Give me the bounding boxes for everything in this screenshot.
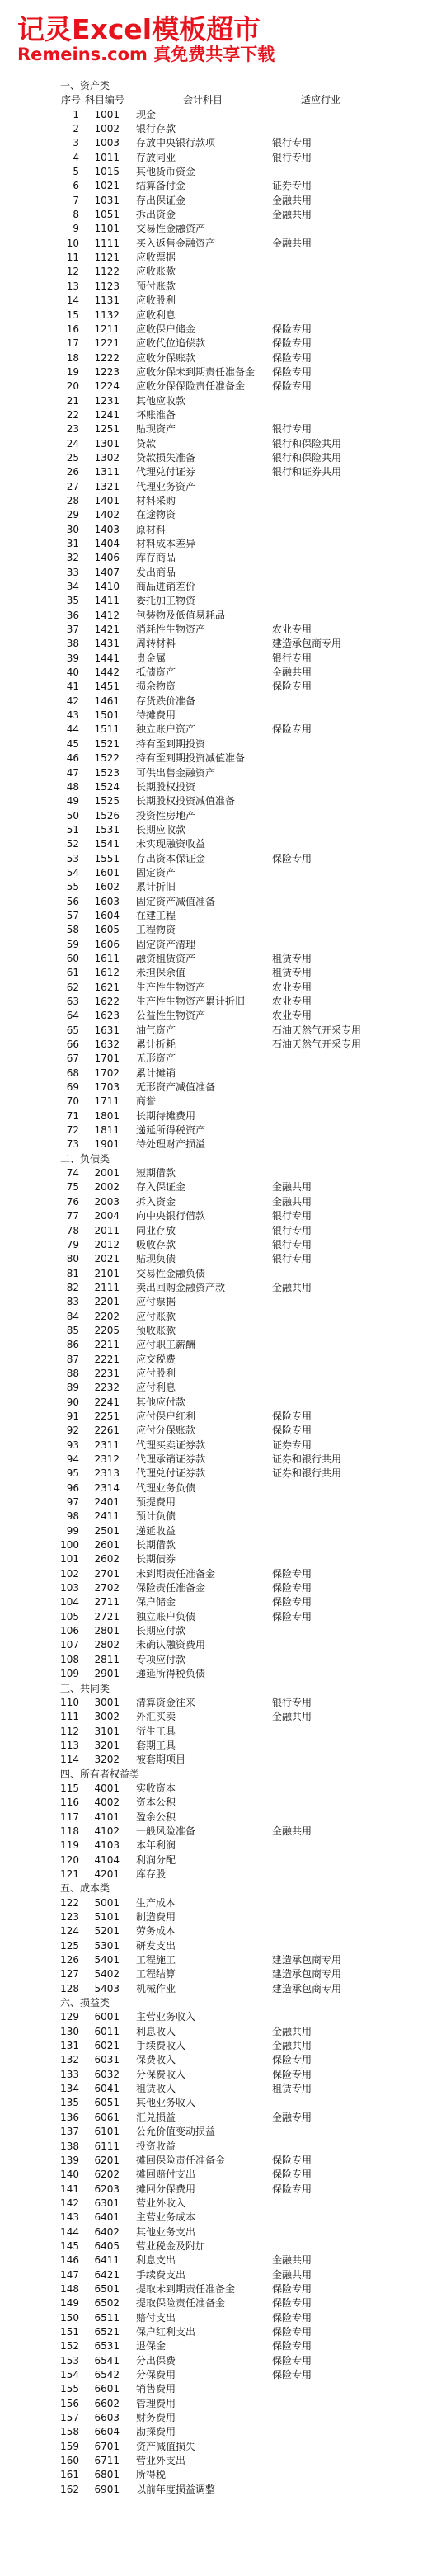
account-name: 材料成本差异	[136, 537, 195, 551]
table-row: 191223应收分保未到期责任准备金保险专用	[0, 365, 446, 379]
industry: 保险专用	[272, 365, 312, 379]
account-code: 2021	[79, 1252, 120, 1266]
table-row: 1285403机械作业建造承包商专用	[0, 1982, 446, 1996]
column-header: 会计科目	[183, 93, 223, 107]
account-code: 1606	[79, 938, 120, 952]
row-index: 45	[0, 737, 79, 751]
account-name: 应收票据	[136, 251, 176, 265]
row-index: 56	[0, 895, 79, 909]
row-index: 78	[0, 1224, 79, 1238]
account-code: 1406	[79, 551, 120, 565]
row-index: 71	[0, 1109, 79, 1123]
row-index: 20	[0, 379, 79, 393]
row-index: 114	[0, 1753, 79, 1767]
table-row: 1133201套期工具	[0, 1739, 446, 1753]
account-name: 分出保费	[136, 2354, 176, 2368]
row-index: 22	[0, 408, 79, 422]
row-index: 67	[0, 1052, 79, 1066]
account-code: 1811	[79, 1123, 120, 1137]
account-code: 6202	[79, 2168, 120, 2182]
account-name: 本年利润	[136, 1839, 176, 1853]
account-code: 1222	[79, 351, 120, 365]
account-name: 长期股权投资减值准备	[136, 794, 235, 808]
account-code: 2012	[79, 1238, 120, 1252]
account-code: 1131	[79, 294, 120, 308]
account-name: 长期待摊费用	[136, 1109, 195, 1123]
row-index: 26	[0, 465, 79, 479]
industry: 保险专用	[272, 1410, 312, 1424]
row-index: 8	[0, 208, 79, 222]
account-code: 2711	[79, 1595, 120, 1609]
industry: 金融共用	[272, 1825, 312, 1839]
section-title: 二、负债类	[0, 1152, 446, 1166]
account-name: 公益性生物资产	[136, 1009, 205, 1023]
account-code: 1621	[79, 981, 120, 995]
table-row: 571604在建工程	[0, 909, 446, 923]
account-code: 6711	[79, 2454, 120, 2468]
account-name: 在建工程	[136, 909, 176, 923]
account-table: 一、资产类序号科目编号会计科目适应行业11001现金21002银行存款31003…	[0, 79, 446, 2497]
account-name: 保险责任准备金	[136, 1581, 205, 1595]
table-row: 1426301营业外收入	[0, 2197, 446, 2211]
account-code: 2202	[79, 1310, 120, 1324]
industry: 建造承包商专用	[272, 637, 341, 651]
account-name: 固定资产清理	[136, 938, 195, 952]
account-code: 6001	[79, 2010, 120, 2024]
row-index: 131	[0, 2039, 79, 2053]
account-code: 6541	[79, 2354, 120, 2368]
account-name: 结算备付金	[136, 179, 185, 193]
table-row: 271321代理业务资产	[0, 480, 446, 494]
account-name: 待处理财产损溢	[136, 1137, 205, 1151]
row-index: 59	[0, 938, 79, 952]
row-index: 80	[0, 1252, 79, 1266]
table-row: 882231应付股利	[0, 1367, 446, 1381]
industry: 银行专用	[272, 1696, 312, 1710]
account-name: 油气资产	[136, 1024, 176, 1038]
table-row: 641623公益性生物资产农业专用	[0, 1009, 446, 1023]
industry: 银行专用	[272, 1224, 312, 1238]
account-name: 代理买卖证券款	[136, 1439, 205, 1453]
account-code: 2201	[79, 1295, 120, 1309]
row-index: 33	[0, 566, 79, 580]
industry: 金融共用	[272, 1195, 312, 1209]
account-name: 盈余公积	[136, 1811, 176, 1825]
account-name: 销售费用	[136, 2382, 176, 2396]
row-index: 162	[0, 2483, 79, 2497]
row-index: 23	[0, 422, 79, 436]
account-code: 4002	[79, 1796, 120, 1810]
account-code: 2802	[79, 1638, 120, 1652]
row-index: 86	[0, 1338, 79, 1352]
row-index: 70	[0, 1095, 79, 1109]
account-name: 未担保余值	[136, 966, 185, 980]
account-name: 贷款损失准备	[136, 451, 195, 465]
industry: 金融共用	[272, 2268, 312, 2282]
industry: 建造承包商专用	[272, 1982, 341, 1996]
account-code: 1611	[79, 952, 120, 966]
account-name: 预计负债	[136, 1509, 176, 1523]
account-code: 2211	[79, 1338, 120, 1352]
row-index: 133	[0, 2068, 79, 2082]
account-code: 1121	[79, 251, 120, 265]
row-index: 121	[0, 1867, 79, 1881]
account-code: 1015	[79, 165, 120, 179]
row-index: 54	[0, 866, 79, 880]
row-index: 152	[0, 2339, 79, 2353]
site-logo: 记灵Excel模板超市	[17, 15, 275, 45]
account-name: 存出保证金	[136, 194, 185, 208]
account-name: 管理费用	[136, 2397, 176, 2411]
account-code: 1403	[79, 523, 120, 537]
account-name: 应收代位追偿款	[136, 337, 205, 351]
account-name: 公允价值变动损益	[136, 2125, 215, 2139]
industry: 保险专用	[272, 2325, 312, 2339]
table-row: 1476421手续费支出金融共用	[0, 2268, 446, 2282]
account-name: 贴现资产	[136, 422, 176, 436]
account-name: 研发支出	[136, 1939, 176, 1953]
table-row: 141131应收股利	[0, 294, 446, 308]
industry: 农业专用	[272, 995, 312, 1009]
account-name: 清算资金往来	[136, 1696, 195, 1710]
account-name: 利润分配	[136, 1853, 176, 1867]
table-row: 1012602长期债券	[0, 1552, 446, 1566]
table-row: 51015其他货币资金	[0, 165, 446, 179]
row-index: 97	[0, 1495, 79, 1509]
industry: 银行和证券共用	[272, 465, 341, 479]
row-index: 135	[0, 2096, 79, 2110]
account-code: 1251	[79, 422, 120, 436]
table-row: 151132应收利息	[0, 308, 446, 323]
row-index: 104	[0, 1595, 79, 1609]
account-code: 2811	[79, 1653, 120, 1667]
row-index: 103	[0, 1581, 79, 1595]
account-code: 1411	[79, 594, 120, 608]
account-name: 勘探费用	[136, 2425, 176, 2439]
industry: 保险专用	[272, 2339, 312, 2353]
row-index: 144	[0, 2225, 79, 2239]
account-name: 向中央银行借款	[136, 1209, 205, 1223]
industry: 建造承包商专用	[272, 1967, 341, 1981]
table-row: 1416203摊回分保费用保险专用	[0, 2183, 446, 2197]
industry: 农业专用	[272, 1009, 312, 1023]
industry: 石油天然气开采专用	[272, 1024, 361, 1038]
row-index: 17	[0, 337, 79, 351]
account-code: 4001	[79, 1782, 120, 1796]
account-code: 6531	[79, 2339, 120, 2353]
table-row: 1174101盈余公积	[0, 1811, 446, 1825]
row-index: 145	[0, 2239, 79, 2253]
industry: 保险专用	[272, 2168, 312, 2182]
account-code: 2801	[79, 1624, 120, 1638]
account-name: 存出资本保证金	[136, 852, 205, 866]
account-code: 2231	[79, 1367, 120, 1381]
account-name: 应收分保未到期责任准备金	[136, 365, 255, 379]
account-code: 1002	[79, 122, 120, 136]
account-code: 4102	[79, 1825, 120, 1839]
table-row: 942312代理承销证券款证券和银行共用	[0, 1453, 446, 1467]
account-name: 应付票据	[136, 1295, 176, 1309]
row-index: 117	[0, 1811, 79, 1825]
table-row: 1576603财务费用	[0, 2411, 446, 2425]
account-name: 代理业务负债	[136, 1481, 195, 1495]
account-name: 摊回保险责任准备金	[136, 2154, 225, 2168]
account-code: 2241	[79, 1396, 120, 1410]
row-index: 156	[0, 2397, 79, 2411]
account-code: 1122	[79, 265, 120, 279]
account-name: 交易性金融资产	[136, 222, 205, 236]
row-index: 13	[0, 280, 79, 294]
industry: 保险专用	[272, 379, 312, 393]
account-name: 贷款	[136, 437, 156, 451]
account-name: 应收利息	[136, 308, 176, 323]
account-name: 递延所得税负债	[136, 1667, 205, 1681]
table-row: 1566602管理费用	[0, 2397, 446, 2411]
table-row: 91101交易性金融资产	[0, 222, 446, 236]
account-code: 2901	[79, 1667, 120, 1681]
industry: 保险专用	[272, 680, 312, 694]
row-index: 150	[0, 2311, 79, 2325]
row-index: 29	[0, 508, 79, 522]
account-name: 制造费用	[136, 1910, 176, 1924]
account-name: 劳务成本	[136, 1924, 176, 1938]
table-row: 481524长期股权投资	[0, 780, 446, 794]
table-row: 872221应交税费	[0, 1353, 446, 1367]
industry: 金融共用	[272, 237, 312, 251]
table-row: 211231其他应收款	[0, 394, 446, 408]
table-row: 1386111投资收益	[0, 2140, 446, 2154]
table-row: 681702累计摊销	[0, 1067, 446, 1081]
account-name: 应付股利	[136, 1367, 176, 1381]
account-code: 1003	[79, 136, 120, 150]
section-title: 六、损益类	[0, 1996, 446, 2010]
account-name: 营业外收入	[136, 2197, 185, 2211]
row-index: 14	[0, 294, 79, 308]
account-code: 1523	[79, 766, 120, 780]
account-code: 3002	[79, 1710, 120, 1724]
table-row: 521541未实现融资收益	[0, 837, 446, 851]
table-row: 671701无形资产	[0, 1052, 446, 1066]
table-row: 351411委托加工物资	[0, 594, 446, 608]
account-name: 其他货币资金	[136, 165, 195, 179]
row-index: 118	[0, 1825, 79, 1839]
table-row: 842202应付账款	[0, 1310, 446, 1324]
table-row: 71031存出保证金金融共用	[0, 194, 446, 208]
table-row: 812101交易性金融负债	[0, 1267, 446, 1281]
account-name: 工程施工	[136, 1953, 176, 1967]
table-row: 1526531退保金保险专用	[0, 2339, 446, 2353]
account-code: 6041	[79, 2082, 120, 2096]
row-index: 147	[0, 2268, 79, 2282]
table-row: 952313代理兑付证券款证券和银行共用	[0, 1467, 446, 1481]
account-code: 4201	[79, 1867, 120, 1881]
row-index: 154	[0, 2368, 79, 2382]
account-name: 坏账准备	[136, 408, 176, 422]
account-code: 1461	[79, 695, 120, 709]
account-code: 1051	[79, 208, 120, 222]
row-index: 7	[0, 194, 79, 208]
table-row: 1275402工程结算建造承包商专用	[0, 1967, 446, 1981]
account-name: 预付账款	[136, 280, 176, 294]
account-name: 持有至到期投资	[136, 737, 205, 751]
account-code: 1402	[79, 508, 120, 522]
section-title: 一、资产类	[0, 79, 446, 93]
account-name: 应收分保账款	[136, 351, 195, 365]
table-row: 1062801长期应付款	[0, 1624, 446, 1638]
table-row: 1306011利息收入金融共用	[0, 2025, 446, 2039]
table-row: 1626901以前年度损益调整	[0, 2483, 446, 2497]
industry: 银行专用	[272, 151, 312, 165]
row-index: 159	[0, 2440, 79, 2454]
account-code: 2313	[79, 1467, 120, 1481]
account-code: 3101	[79, 1725, 120, 1739]
table-row: 1436401主营业务成本	[0, 2211, 446, 2225]
row-index: 155	[0, 2382, 79, 2396]
table-row: 11001现金	[0, 108, 446, 122]
industry: 保险专用	[272, 1610, 312, 1624]
account-name: 长期债券	[136, 1552, 176, 1566]
row-index: 127	[0, 1967, 79, 1981]
row-index: 132	[0, 2053, 79, 2067]
table-row: 631622生产性生物资产累计折旧农业专用	[0, 995, 446, 1009]
row-index: 99	[0, 1524, 79, 1538]
table-row: 1154001实收资本	[0, 1782, 446, 1796]
account-code: 1605	[79, 923, 120, 937]
account-code: 1241	[79, 408, 120, 422]
row-index: 19	[0, 365, 79, 379]
account-name: 代理兑付证券	[136, 465, 195, 479]
industry: 银行专用	[272, 1252, 312, 1266]
account-name: 财务费用	[136, 2411, 176, 2425]
account-name: 其他业务支出	[136, 2225, 195, 2239]
table-row: 1052721独立账户负债保险专用	[0, 1610, 446, 1624]
table-row: 131123预付账款	[0, 280, 446, 294]
account-name: 摊回赔付支出	[136, 2168, 195, 2182]
table-row: 251302贷款损失准备银行和保险共用	[0, 451, 446, 465]
account-code: 2261	[79, 1424, 120, 1438]
account-name: 长期应付款	[136, 1624, 185, 1638]
account-name: 应付保户红利	[136, 1410, 195, 1424]
row-index: 43	[0, 709, 79, 723]
row-index: 93	[0, 1439, 79, 1453]
account-code: 1132	[79, 308, 120, 323]
account-name: 应付利息	[136, 1381, 176, 1395]
table-row: 1496502提取保险责任准备金保险专用	[0, 2296, 446, 2310]
industry: 金融共用	[272, 1710, 312, 1724]
row-index: 108	[0, 1653, 79, 1667]
account-code: 5001	[79, 1896, 120, 1910]
table-row: 701711商誉	[0, 1095, 446, 1109]
row-index: 15	[0, 308, 79, 323]
row-index: 12	[0, 265, 79, 279]
account-name: 投资收益	[136, 2140, 176, 2154]
account-name: 累计摊销	[136, 1067, 176, 1081]
row-index: 126	[0, 1953, 79, 1967]
table-row: 601611融资租赁资产租赁专用	[0, 952, 446, 966]
table-row: 1316021手续费收入金融共用	[0, 2039, 446, 2053]
account-name: 其他业务收入	[136, 2096, 195, 2110]
industry: 银行专用	[272, 652, 312, 666]
row-index: 137	[0, 2125, 79, 2139]
row-index: 124	[0, 1924, 79, 1938]
account-name: 预提费用	[136, 1495, 176, 1509]
account-code: 1711	[79, 1095, 120, 1109]
account-code: 6603	[79, 2411, 120, 2425]
account-name: 实收资本	[136, 1782, 176, 1796]
account-code: 1101	[79, 222, 120, 236]
account-name: 外汇买卖	[136, 1710, 176, 1724]
account-name: 租赁收入	[136, 2082, 176, 2096]
account-code: 1524	[79, 780, 120, 794]
table-row: 772004向中央银行借款银行专用	[0, 1209, 446, 1223]
row-index: 4	[0, 151, 79, 165]
table-row: 1022701未到期责任准备金保险专用	[0, 1567, 446, 1581]
account-code: 6032	[79, 2068, 120, 2082]
account-code: 6301	[79, 2197, 120, 2211]
row-index: 64	[0, 1009, 79, 1023]
row-index: 32	[0, 551, 79, 565]
account-code: 1531	[79, 823, 120, 837]
row-index: 139	[0, 2154, 79, 2168]
account-code: 2312	[79, 1453, 120, 1467]
table-row: 1456405营业税金及附加	[0, 2239, 446, 2253]
account-name: 提取未到期责任准备金	[136, 2282, 235, 2296]
site-url[interactable]: Remeins.com 真免费共享下载	[17, 45, 275, 64]
account-code: 2601	[79, 1538, 120, 1552]
row-index: 89	[0, 1381, 79, 1395]
account-name: 其他应付款	[136, 1396, 185, 1410]
account-name: 赔付支出	[136, 2311, 176, 2325]
account-code: 2101	[79, 1267, 120, 1281]
account-name: 被套期项目	[136, 1753, 185, 1767]
account-code: 1407	[79, 566, 120, 580]
account-name: 摊回分保费用	[136, 2183, 195, 2197]
table-row: 391441贵金属银行专用	[0, 652, 446, 666]
row-index: 143	[0, 2211, 79, 2225]
account-name: 手续费支出	[136, 2268, 185, 2282]
account-name: 资产减值损失	[136, 2440, 195, 2454]
row-index: 100	[0, 1538, 79, 1552]
table-row: 541601固定资产	[0, 866, 446, 880]
industry: 金融共用	[272, 2025, 312, 2039]
row-index: 39	[0, 652, 79, 666]
account-name: 生产成本	[136, 1896, 176, 1910]
row-index: 134	[0, 2082, 79, 2096]
industry: 保险专用	[272, 1567, 312, 1581]
account-code: 2501	[79, 1524, 120, 1538]
industry: 证券专用	[272, 179, 312, 193]
industry: 金融专用	[272, 2111, 312, 2125]
account-code: 2002	[79, 1180, 120, 1194]
account-code: 1631	[79, 1024, 120, 1038]
table-row: 651631油气资产石油天然气开采专用	[0, 1024, 446, 1038]
industry: 金融共用	[272, 666, 312, 680]
account-name: 存放同业	[136, 151, 176, 165]
row-index: 69	[0, 1081, 79, 1095]
industry: 保险专用	[272, 2068, 312, 2082]
account-name: 累计折旧	[136, 880, 176, 894]
table-row: 111121应收票据	[0, 251, 446, 265]
account-code: 1221	[79, 337, 120, 351]
row-index: 94	[0, 1453, 79, 1467]
account-name: 代理兑付证券款	[136, 1467, 205, 1481]
row-index: 62	[0, 981, 79, 995]
row-index: 91	[0, 1410, 79, 1424]
row-index: 148	[0, 2282, 79, 2296]
row-index: 112	[0, 1725, 79, 1739]
table-row: 431501待摊费用	[0, 709, 446, 723]
account-name: 可供出售金融资产	[136, 766, 215, 780]
